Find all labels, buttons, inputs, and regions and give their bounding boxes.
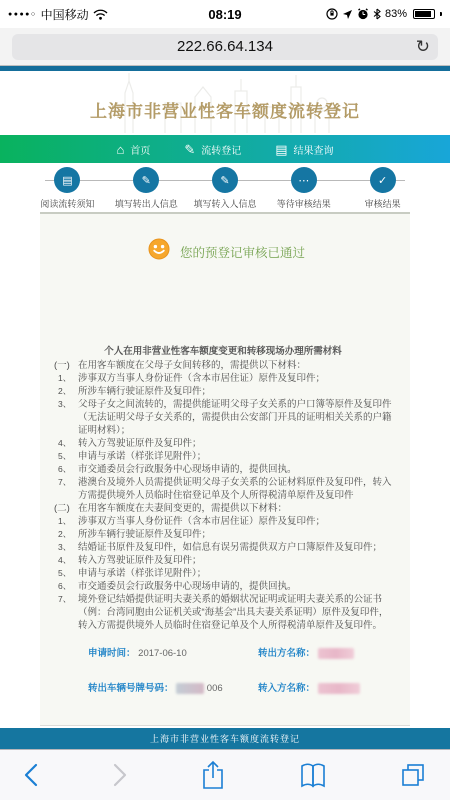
material-item: 3、 结婚证书原件及复印件，如信息有误另需提供双方户口簿原件及复印件； bbox=[52, 541, 394, 554]
site-footer: 上海市非营业性客车额度流转登记 bbox=[0, 728, 450, 749]
materials-notice: 个人在用非营业性客车额度变更和转移现场办理所需材料 (一) 在用客车额度在父母子… bbox=[40, 343, 410, 632]
item-text: 市交通委员会行政服务中心现场申请的，提供回执。 bbox=[78, 463, 394, 476]
step-icon: ⋯ bbox=[291, 167, 317, 193]
item-text: 所涉车辆行驶证原件及复印件； bbox=[78, 385, 394, 398]
section-heading-text: 在用客车额度在父母子女间转移的，需提供以下材料： bbox=[78, 359, 394, 372]
stepper-step[interactable]: ⋯ 等待审核结果 bbox=[264, 167, 343, 210]
plate-suffix: 006 bbox=[207, 683, 223, 694]
item-text: 结婚证书原件及复印件，如信息有误另需提供双方户口簿原件及复印件； bbox=[78, 541, 394, 554]
item-number: 7、 bbox=[52, 476, 78, 502]
material-item: 5、 申请与承诺（样张详见附件）； bbox=[52, 567, 394, 580]
section-heading: (一) 在用客车额度在父母子女间转移的，需提供以下材料： bbox=[52, 359, 394, 372]
status-bar: 08:19 ●●●●○ 中国移动 83% bbox=[0, 0, 450, 28]
section-items: 1、 涉事双方当事人身份证件（含本市居住证）原件及复印件； 2、 所涉车辆行驶证… bbox=[52, 515, 394, 632]
wifi-icon bbox=[93, 9, 108, 20]
content-panel: 您的预登记审核已通过 个人在用非营业性客车额度变更和转移现场办理所需材料 (一)… bbox=[40, 212, 410, 726]
item-text: 市交通委员会行政服务中心现场申请的，提供回执。 bbox=[78, 580, 394, 593]
progress-stepper: ▤ 阅读流转须知 ✎ 填写转出人信息 ✎ 填写转入人信息 ⋯ 等待审核结果 bbox=[0, 163, 450, 212]
phone-screen: 08:19 ●●●●○ 中国移动 83% bbox=[0, 0, 450, 800]
item-text: 境外登记结婚提供证明夫妻关系的婚姻状况证明或证明夫妻关系的公证书（例：台湾同胞由… bbox=[78, 593, 394, 632]
nav-item-icon: ✎ bbox=[184, 143, 195, 156]
step-icon: ✓ bbox=[370, 167, 396, 193]
material-item: 5、 申请与承诺（样张详见附件）； bbox=[52, 450, 394, 463]
material-item: 1、 涉事双方当事人身份证件（含本市居住证）原件及复印件； bbox=[52, 515, 394, 528]
material-item: 1、 涉事双方当事人身份证件（含本市居住证）原件及复印件； bbox=[52, 372, 394, 385]
item-number: 5、 bbox=[52, 567, 78, 580]
nav-item-icon: ⌂ bbox=[116, 143, 124, 156]
rotation-lock-icon bbox=[326, 8, 338, 20]
item-number: 1、 bbox=[52, 515, 78, 528]
item-text: 转入方驾驶证原件及复印件； bbox=[78, 554, 394, 567]
nav-item[interactable]: ▤ 结果查询 bbox=[275, 142, 333, 157]
browser-toolbar bbox=[0, 749, 450, 800]
stepper-step[interactable]: ✎ 填写转出人信息 bbox=[107, 167, 186, 210]
battery-icon bbox=[413, 9, 435, 19]
item-number: 2、 bbox=[52, 385, 78, 398]
nav-item-icon: ▤ bbox=[275, 143, 287, 156]
plate-redacted-prefix bbox=[176, 683, 204, 694]
nav-item-label: 结果查询 bbox=[294, 142, 334, 157]
item-number: 4、 bbox=[52, 554, 78, 567]
material-item: 7、 境外登记结婚提供证明夫妻关系的婚姻状况证明或证明夫妻关系的公证书（例：台湾… bbox=[52, 593, 394, 632]
battery-nub bbox=[440, 12, 442, 16]
material-item: 2、 所涉车辆行驶证原件及复印件； bbox=[52, 385, 394, 398]
approval-message: 您的预登记审核已通过 bbox=[180, 243, 305, 261]
item-number: 4、 bbox=[52, 437, 78, 450]
nav-item[interactable]: ⌂ 首页 bbox=[116, 142, 150, 157]
approval-result: 您的预登记审核已通过 bbox=[40, 214, 410, 265]
step-label: 填写转入人信息 bbox=[193, 197, 256, 210]
item-text: 申请与承诺（样张详见附件）； bbox=[78, 567, 394, 580]
section-heading-text: 在用客车额度在夫妻间变更的，需提供以下材料： bbox=[78, 502, 394, 515]
section-heading: (二) 在用客车额度在夫妻间变更的，需提供以下材料： bbox=[52, 502, 394, 515]
materials-section-1: (一) 在用客车额度在父母子女间转移的，需提供以下材料： 1、 涉事双方当事人身… bbox=[52, 359, 394, 502]
back-icon[interactable] bbox=[24, 763, 38, 787]
step-icon: ✎ bbox=[212, 167, 238, 193]
step-label: 填写转出人信息 bbox=[115, 197, 178, 210]
signal-strength-icon: ●●●●○ bbox=[8, 11, 37, 18]
section-items: 1、 涉事双方当事人身份证件（含本市居住证）原件及复印件； 2、 所涉车辆行驶证… bbox=[52, 372, 394, 502]
apply-time-value: 2017-06-10 bbox=[138, 648, 187, 659]
transferor-field: 转出方名称： bbox=[258, 645, 410, 659]
item-number: 6、 bbox=[52, 463, 78, 476]
browser-url-bar: 222.66.64.134 ↻ bbox=[0, 28, 450, 66]
item-number: 3、 bbox=[52, 398, 78, 437]
carrier-label: 中国移动 bbox=[41, 6, 89, 23]
forward-icon[interactable] bbox=[113, 763, 127, 787]
main-nav: ⌂ 首页 ✎ 流转登记 ▤ 结果查询 bbox=[0, 135, 450, 163]
battery-percent-label: 83% bbox=[385, 8, 407, 20]
bluetooth-icon bbox=[373, 8, 381, 20]
step-label: 等待审核结果 bbox=[277, 197, 331, 210]
apply-time-label: 申请时间： bbox=[88, 648, 136, 659]
material-item: 6、 市交通委员会行政服务中心现场申请的，提供回执。 bbox=[52, 463, 394, 476]
item-number: 2、 bbox=[52, 528, 78, 541]
stepper-steps: ▤ 阅读流转须知 ✎ 填写转出人信息 ✎ 填写转入人信息 ⋯ 等待审核结果 bbox=[28, 163, 422, 210]
material-item: 6、 市交通委员会行政服务中心现场申请的，提供回执。 bbox=[52, 580, 394, 593]
material-item: 4、 转入方驾驶证原件及复印件； bbox=[52, 554, 394, 567]
site-footer-text: 上海市非营业性客车额度流转登记 bbox=[150, 732, 300, 745]
location-icon bbox=[342, 9, 353, 20]
nav-item[interactable]: ✎ 流转登记 bbox=[184, 142, 241, 157]
item-text: 父母子女之间流转的，需提供能证明父母子女关系的户口簿等原件及复印件（无法证明父母… bbox=[78, 398, 394, 437]
item-text: 申请与承诺（样张详见附件）； bbox=[78, 450, 394, 463]
application-summary: 申请时间： 2017-06-10 转出方名称： 转出车辆号牌号码： 006 转入… bbox=[40, 645, 410, 694]
item-number: 3、 bbox=[52, 541, 78, 554]
site-header: 上海市非营业性客车额度流转登记 bbox=[0, 71, 450, 135]
item-text: 涉事双方当事人身份证件（含本市居住证）原件及复印件； bbox=[78, 372, 394, 385]
materials-section-2: (二) 在用客车额度在夫妻间变更的，需提供以下材料： 1、 涉事双方当事人身份证… bbox=[52, 502, 394, 632]
item-number: 5、 bbox=[52, 450, 78, 463]
section-marker: (一) bbox=[52, 359, 78, 372]
plate-label: 转出车辆号牌号码： bbox=[88, 683, 174, 694]
material-item: 3、 父母子女之间流转的，需提供能证明父母子女关系的户口簿等原件及复印件（无法证… bbox=[52, 398, 394, 437]
section-marker: (二) bbox=[52, 502, 78, 515]
bookmarks-icon[interactable] bbox=[300, 762, 326, 788]
stepper-step[interactable]: ✎ 填写转入人信息 bbox=[186, 167, 265, 210]
item-number: 1、 bbox=[52, 372, 78, 385]
share-icon[interactable] bbox=[201, 760, 225, 790]
smiley-icon bbox=[148, 238, 170, 265]
nav-item-label: 流转登记 bbox=[201, 142, 241, 157]
nav-item-label: 首页 bbox=[130, 142, 150, 157]
stepper-step[interactable]: ✓ 审核结果 bbox=[343, 167, 422, 210]
materials-title: 个人在用非营业性客车额度变更和转移现场办理所需材料 bbox=[52, 343, 394, 357]
item-text: 所涉车辆行驶证原件及复印件； bbox=[78, 528, 394, 541]
stepper-step[interactable]: ▤ 阅读流转须知 bbox=[28, 167, 107, 210]
step-icon: ✎ bbox=[133, 167, 159, 193]
transferor-redacted-value bbox=[318, 648, 354, 659]
item-text: 转入方驾驶证原件及复印件； bbox=[78, 437, 394, 450]
item-number: 7、 bbox=[52, 593, 78, 632]
item-text: 港澳台及境外人员需提供证明父母子女关系的公证材料原件及复印件，转入方需提供境外人… bbox=[78, 476, 394, 502]
tabs-icon[interactable] bbox=[400, 762, 426, 788]
transferee-redacted-value bbox=[318, 683, 360, 694]
item-text: 涉事双方当事人身份证件（含本市居住证）原件及复印件； bbox=[78, 515, 394, 528]
step-icon: ▤ bbox=[54, 167, 80, 193]
transferee-label: 转入方名称： bbox=[258, 683, 315, 694]
material-item: 2、 所涉车辆行驶证原件及复印件； bbox=[52, 528, 394, 541]
url-text: 222.66.64.134 bbox=[177, 38, 273, 55]
apply-time-field: 申请时间： 2017-06-10 bbox=[88, 645, 258, 659]
alarm-icon bbox=[357, 8, 369, 20]
plate-field: 转出车辆号牌号码： 006 bbox=[88, 680, 258, 694]
transferee-field: 转入方名称： bbox=[258, 680, 410, 694]
transferor-label: 转出方名称： bbox=[258, 648, 315, 659]
material-item: 4、 转入方驾驶证原件及复印件； bbox=[52, 437, 394, 450]
refresh-icon[interactable]: ↻ bbox=[416, 35, 430, 59]
material-item: 7、 港澳台及境外人员需提供证明父母子女关系的公证材料原件及复印件，转入方需提供… bbox=[52, 476, 394, 502]
step-label: 阅读流转须知 bbox=[40, 197, 94, 210]
step-label: 审核结果 bbox=[365, 197, 401, 210]
page-title: 上海市非营业性客车额度流转登记 bbox=[0, 97, 450, 122]
address-field[interactable]: 222.66.64.134 ↻ bbox=[12, 34, 438, 60]
item-number: 6、 bbox=[52, 580, 78, 593]
